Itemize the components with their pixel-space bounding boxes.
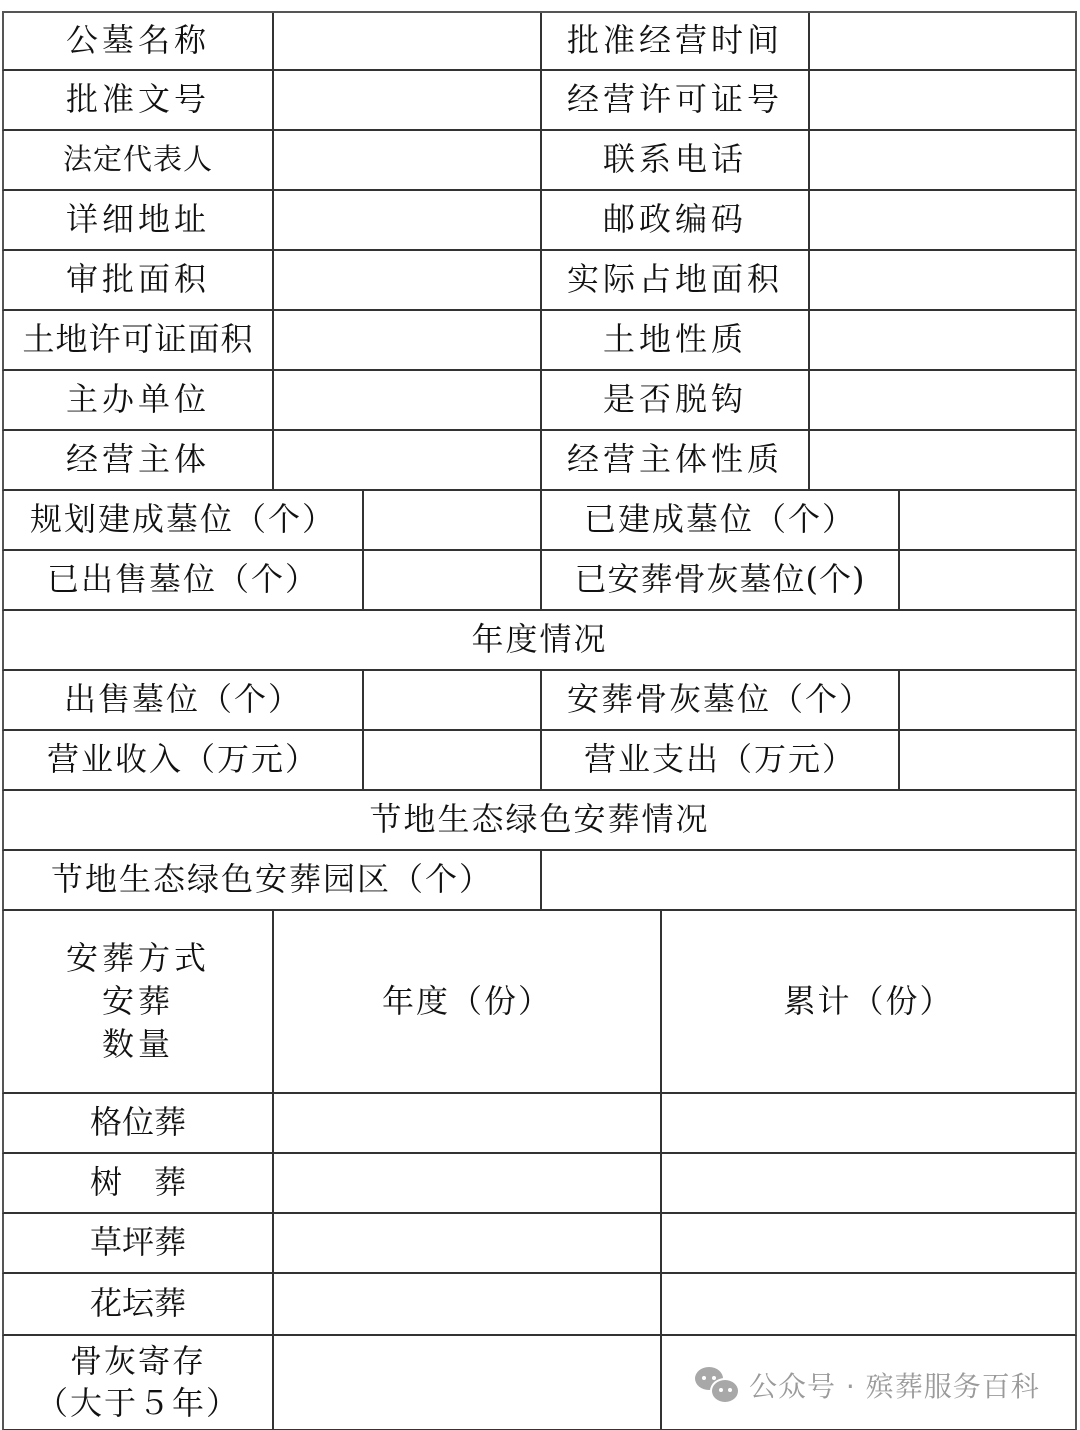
field-approval-number[interactable]	[274, 71, 542, 129]
field-flowerbed-total[interactable]	[662, 1274, 1075, 1334]
label-sold-tombs: 已出售墓位（个）	[4, 551, 364, 609]
field-buried-ash-tombs[interactable]	[900, 551, 1075, 609]
form-row-operator: 经营主体 经营主体性质	[2, 431, 1077, 491]
watermark: 公众号 · 殡葬服务百科	[695, 1365, 1040, 1405]
field-operating-entity-nature[interactable]	[810, 431, 1075, 489]
form-row-cemetery-name: 公墓名称 批准经营时间	[2, 11, 1077, 71]
form-row-area: 审批面积 实际占地面积	[2, 251, 1077, 311]
wechat-icon	[695, 1365, 739, 1405]
label-annual-buried-tombs: 安葬骨灰墓位（个）	[542, 671, 900, 729]
watermark-text: 公众号 · 殡葬服务百科	[749, 1365, 1040, 1405]
burial-method-niche: 格位葬	[4, 1094, 274, 1152]
field-lawn-total[interactable]	[662, 1214, 1075, 1272]
section-header-eco-burial: 节地生态绿色安葬情况	[2, 791, 1077, 851]
column-header-annual: 年度（份）	[274, 911, 662, 1092]
burial-table-row: 树 葬	[2, 1154, 1077, 1214]
ash-storage-condition: （大于５年）	[36, 1383, 240, 1425]
field-sponsor-unit[interactable]	[274, 371, 542, 429]
burial-table-row: 花坛葬	[2, 1274, 1077, 1336]
label-legal-representative: 法定代表人	[4, 131, 274, 189]
form-row-legal-representative: 法定代表人 联系电话	[2, 131, 1077, 191]
label-postal-code: 邮政编码	[542, 191, 810, 249]
burial-table-header: 安葬方式 安葬 数量 年度（份） 累计（份）	[2, 911, 1077, 1094]
corner-header-line-burial: 安葬	[102, 980, 174, 1023]
field-tree-annual[interactable]	[274, 1154, 662, 1212]
burial-table-corner-header: 安葬方式 安葬 数量	[4, 911, 274, 1092]
form-row-eco-park: 节地生态绿色安葬园区（个）	[2, 851, 1077, 911]
corner-header-line-quantity: 数量	[102, 1023, 174, 1066]
field-approved-area[interactable]	[274, 251, 542, 309]
label-operating-entity-nature: 经营主体性质	[542, 431, 810, 489]
field-operating-expense[interactable]	[900, 731, 1075, 789]
field-cemetery-name[interactable]	[274, 13, 542, 69]
field-postal-code[interactable]	[810, 191, 1075, 249]
ash-storage-label: 骨灰寄存	[70, 1341, 206, 1383]
form-row-land-permit: 土地许可证面积 土地性质	[2, 311, 1077, 371]
burial-method-ash-storage: 骨灰寄存 （大于５年）	[4, 1336, 274, 1429]
form-row-annual-sold: 出售墓位（个） 安葬骨灰墓位（个）	[2, 671, 1077, 731]
field-lawn-annual[interactable]	[274, 1214, 662, 1272]
field-decoupled[interactable]	[810, 371, 1075, 429]
section-title-annual: 年度情况	[4, 611, 1075, 669]
field-planned-tombs[interactable]	[364, 491, 542, 549]
field-flowerbed-annual[interactable]	[274, 1274, 662, 1334]
field-operating-entity[interactable]	[274, 431, 542, 489]
field-approved-operation-time[interactable]	[810, 13, 1075, 69]
label-land-permit-area: 土地许可证面积	[4, 311, 274, 369]
form-row-annual-finance: 营业收入（万元） 营业支出（万元）	[2, 731, 1077, 791]
field-business-license-number[interactable]	[810, 71, 1075, 129]
label-decoupled: 是否脱钩	[542, 371, 810, 429]
field-land-permit-area[interactable]	[274, 311, 542, 369]
cemetery-report-form: 公墓名称 批准经营时间 批准文号 经营许可证号 法定代表人 联系电话 详细地址 …	[2, 11, 1077, 1430]
form-row-approval-number: 批准文号 经营许可证号	[2, 71, 1077, 131]
field-niche-annual[interactable]	[274, 1094, 662, 1152]
burial-method-lawn: 草坪葬	[4, 1214, 274, 1272]
field-annual-sold-tombs[interactable]	[364, 671, 542, 729]
label-buried-ash-tombs: 已安葬骨灰墓位(个)	[542, 551, 900, 609]
field-niche-total[interactable]	[662, 1094, 1075, 1152]
column-header-cumulative: 累计（份）	[662, 911, 1075, 1092]
field-detailed-address[interactable]	[274, 191, 542, 249]
burial-table-row: 格位葬	[2, 1094, 1077, 1154]
label-built-tombs: 已建成墓位（个）	[542, 491, 900, 549]
field-sold-tombs[interactable]	[364, 551, 542, 609]
label-actual-land-area: 实际占地面积	[542, 251, 810, 309]
burial-method-tree: 树 葬	[4, 1154, 274, 1212]
label-approval-number: 批准文号	[4, 71, 274, 129]
label-cemetery-name: 公墓名称	[4, 13, 274, 69]
field-operating-revenue[interactable]	[364, 731, 542, 789]
label-contact-phone: 联系电话	[542, 131, 810, 189]
field-tree-total[interactable]	[662, 1154, 1075, 1212]
label-eco-burial-parks: 节地生态绿色安葬园区（个）	[4, 851, 542, 909]
burial-method-flowerbed: 花坛葬	[4, 1274, 274, 1334]
form-row-planned-tombs: 规划建成墓位（个） 已建成墓位（个）	[2, 491, 1077, 551]
label-approved-operation-time: 批准经营时间	[542, 13, 810, 69]
label-sponsor-unit: 主办单位	[4, 371, 274, 429]
field-land-nature[interactable]	[810, 311, 1075, 369]
field-annual-buried-tombs[interactable]	[900, 671, 1075, 729]
corner-header-line-method: 安葬方式	[66, 937, 210, 980]
field-eco-burial-parks[interactable]	[542, 851, 1075, 909]
field-legal-representative[interactable]	[274, 131, 542, 189]
form-row-sponsor: 主办单位 是否脱钩	[2, 371, 1077, 431]
label-operating-revenue: 营业收入（万元）	[4, 731, 364, 789]
field-ash-storage-annual[interactable]	[274, 1336, 662, 1429]
form-row-address: 详细地址 邮政编码	[2, 191, 1077, 251]
field-contact-phone[interactable]	[810, 131, 1075, 189]
label-operating-entity: 经营主体	[4, 431, 274, 489]
label-business-license-number: 经营许可证号	[542, 71, 810, 129]
label-land-nature: 土地性质	[542, 311, 810, 369]
field-actual-land-area[interactable]	[810, 251, 1075, 309]
label-planned-tombs: 规划建成墓位（个）	[4, 491, 364, 549]
section-title-eco-burial: 节地生态绿色安葬情况	[4, 791, 1075, 849]
section-header-annual: 年度情况	[2, 611, 1077, 671]
label-detailed-address: 详细地址	[4, 191, 274, 249]
form-row-sold-tombs: 已出售墓位（个） 已安葬骨灰墓位(个)	[2, 551, 1077, 611]
field-built-tombs[interactable]	[900, 491, 1075, 549]
burial-table-row: 草坪葬	[2, 1214, 1077, 1274]
label-approved-area: 审批面积	[4, 251, 274, 309]
label-annual-sold-tombs: 出售墓位（个）	[4, 671, 364, 729]
label-operating-expense: 营业支出（万元）	[542, 731, 900, 789]
